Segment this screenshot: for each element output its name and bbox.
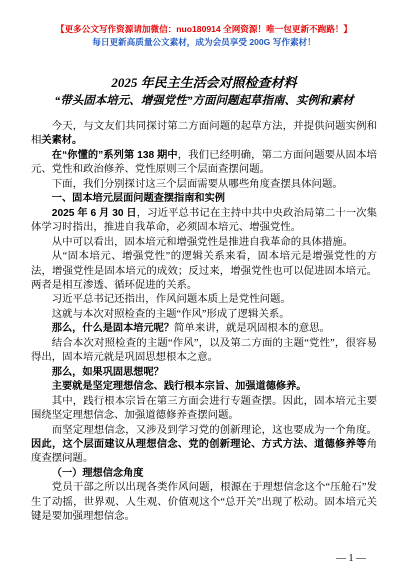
text-run: 结合本次对照检查的主题“作风”，以及第二方面的主题“党性”，很容易得出，固本培元… <box>31 338 377 363</box>
section-heading: （一）理想信念角度 <box>31 467 377 481</box>
text-run: 简单来讲，就是巩固根本的意思。 <box>174 323 330 334</box>
paragraph: 结合本次对照检查的主题“作风”，以及第二方面的主题“党性”，很容易得出，固本培元… <box>31 337 377 366</box>
text-run: 从中可以看出，固本培元和增强党性是推进自我革命的具体措施。 <box>52 237 353 248</box>
paragraph: 这就与本次对照检查的主题“作风”形成了逻辑关系。 <box>31 308 377 322</box>
text-run: 2025 年 6 月 30 日 <box>52 208 137 219</box>
promo-line-2: 每日更新高质量公文素材，成为会员享受 200G 写作素材！ <box>31 36 377 49</box>
text-run: （一）理想信念角度 <box>52 468 144 479</box>
text-run: 那么，如果巩固思想呢？ <box>52 367 164 378</box>
page-footer: — 1 — <box>336 553 366 565</box>
paragraph: 从中可以看出，固本培元和增强党性是推进自我革命的具体措施。 <box>31 236 377 250</box>
document-subtitle: “带头固本培元、增强党性”方面问题起草指南、实例和素材 <box>31 94 377 109</box>
section-heading: 一、固本培元层面问题查摆指南和实例 <box>31 192 377 206</box>
text-run: 从“固本培元、增强党性”的逻辑关系来看，固本培元是增强党性的方法，增强党性是固本… <box>31 251 377 291</box>
paragraph: 主要就是坚定理想信念、践行根本宗旨、加强道德修养。 <box>31 380 377 394</box>
text-run: 习近平总书记还指出，作风问题本质上是党性问题。 <box>52 294 291 305</box>
paragraph: 那么，如果巩固思想呢？ <box>31 366 377 380</box>
text-run: 这就与本次对照检查的主题“作风”形成了逻辑关系。 <box>52 309 290 320</box>
paragraph: 其中，践行根本宗旨在第三方面会进行专题查摆。因此，固本培元主要围绕坚定理想信念、… <box>31 395 377 424</box>
text-run: 今天，与文友们共同探讨第二方面问题的起草方法，并提供问题实例和相 <box>31 121 377 146</box>
text-run: 一、固本培元层面问题查摆指南和实例 <box>52 193 225 204</box>
page-number: — 1 — <box>336 553 366 564</box>
text-run: 而坚定理想信念，又涉及到学习党的创新理论，这也要成为一个角度。 <box>52 425 377 436</box>
text-run: 其中，践行根本宗旨在第三方面会进行专题查摆。因此，固本培元主要围绕坚定理想信念、… <box>31 396 377 421</box>
paragraph: 2025 年 6 月 30 日，习近平总书记在主持中共中央政治局第二十一次集体学… <box>31 207 377 236</box>
text-run: 主要就是坚定理想信念、践行根本宗旨、加强道德修养。 <box>52 381 307 392</box>
text-run: 在“你懂的”系列第 138 期中 <box>52 150 178 161</box>
paragraph: 那么，什么是固本培元呢？简单来讲，就是巩固根本的意思。 <box>31 322 377 336</box>
paragraph: 而坚定理想信念，又涉及到学习党的创新理论，这也要成为一个角度。因此，这个层面建议… <box>31 424 377 467</box>
paragraph: 下面，我们分别探讨这三个层面需要从哪些角度查摆具体问题。 <box>31 178 377 192</box>
text-run: 党员干部之所以出现各类作风问题，根源在于理想信念这个“压舱石”发生了动摇，世界观… <box>31 482 377 522</box>
paragraph: 在“你懂的”系列第 138 期中，我们已经明确，第二方面问题要从固本培元、党性和… <box>31 149 377 178</box>
paragraph: 党员干部之所以出现各类作风问题，根源在于理想信念这个“压舱石”发生了动摇，世界观… <box>31 481 377 524</box>
paragraph: 从“固本培元、增强党性”的逻辑关系来看，固本培元是增强党性的方法，增强党性是固本… <box>31 250 377 293</box>
paragraph: 习近平总书记还指出，作风问题本质上是党性问题。 <box>31 293 377 307</box>
promo-header: 【更多公文写作资源请加微信：nuo180914 全网资源！唯一包更新不跑路！】 … <box>31 23 377 49</box>
promo-line-1: 【更多公文写作资源请加微信：nuo180914 全网资源！唯一包更新不跑路！】 <box>31 23 377 36</box>
text-run: 那么，什么是固本培元呢？ <box>52 323 174 334</box>
document-title: 2025 年民主生活会对照检查材料 <box>31 75 377 91</box>
text-run: 因此，这个层面建议从理想信念、党的创新理论、方式方法、道德修养等 <box>31 439 367 450</box>
document-body: 今天，与文友们共同探讨第二方面问题的起草方法，并提供问题实例和相关素材。在“你懂… <box>31 120 377 525</box>
text-run: 下面，我们分别探讨这三个层面需要从哪些角度查摆具体问题。 <box>52 179 343 190</box>
paragraph: 今天，与文友们共同探讨第二方面问题的起草方法，并提供问题实例和相关素材。 <box>31 120 377 149</box>
document-page: 【更多公文写作资源请加微信：nuo180914 全网资源！唯一包更新不跑路！】 … <box>0 0 408 580</box>
text-run: 关素材。 <box>41 135 82 146</box>
